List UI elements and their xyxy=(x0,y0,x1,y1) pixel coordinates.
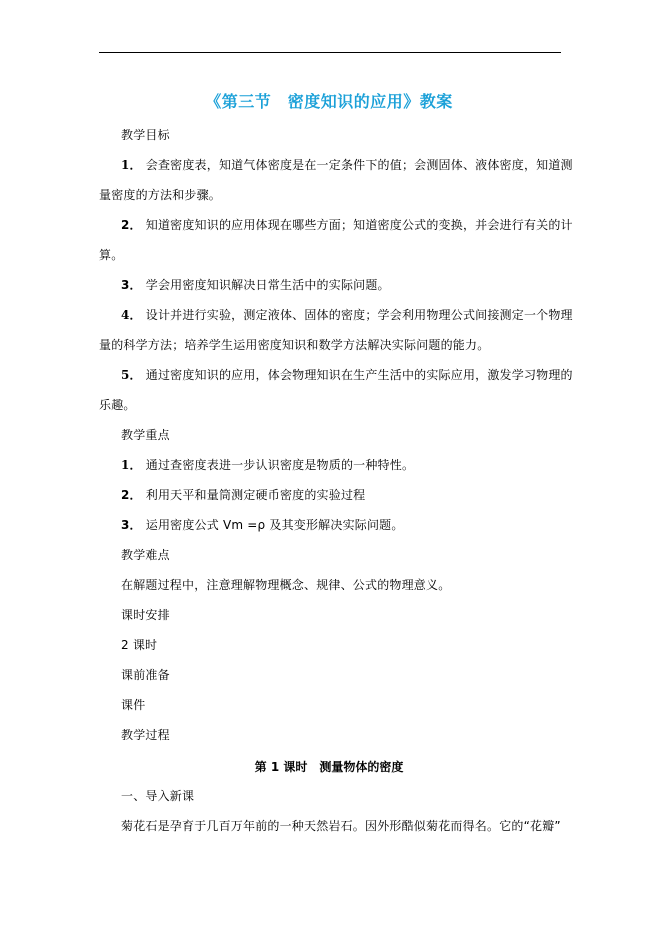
item-text: 通过查密度表进一步认识密度是物质的一种特性。 xyxy=(146,458,414,472)
item-number: 1． xyxy=(121,158,142,172)
item-number: 3． xyxy=(121,518,142,532)
item-number: 3． xyxy=(121,278,142,292)
intro-text: 菊花石是孕育于几百万年前的一种天然岩石。因外形酷似菊花而得名。它的“花瓣” xyxy=(121,818,561,834)
key-point-item-2: 2．利用天平和量筒测定硬币密度的实验过程 xyxy=(121,487,365,503)
preparation-text: 课件 xyxy=(121,697,145,713)
section-heading-process: 教学过程 xyxy=(121,727,170,743)
key-point-item-1: 1．通过查密度表进一步认识密度是物质的一种特性。 xyxy=(121,457,414,473)
item-text: 学会用密度知识解决日常生活中的实际问题。 xyxy=(146,278,390,292)
objective-item-2-cont: 算。 xyxy=(99,247,123,263)
section-heading-objectives: 教学目标 xyxy=(121,127,170,143)
lesson-heading: 第 1 课时 测量物体的密度 xyxy=(0,758,658,775)
item-number: 2． xyxy=(121,218,142,232)
section-heading-difficulties: 教学难点 xyxy=(121,547,170,563)
objective-item-1-cont: 量密度的方法和步骤。 xyxy=(99,187,221,203)
objective-item-4: 4．设计并进行实验，测定液体、固体的密度；学会利用物理公式间接测定一个物理 xyxy=(121,307,573,323)
item-text: 通过密度知识的应用，体会物理知识在生产生活中的实际应用，激发学习物理的 xyxy=(146,368,573,382)
item-number: 5． xyxy=(121,368,142,382)
item-text: 会查密度表，知道气体密度是在一定条件下的值；会测固体、液体密度，知道测 xyxy=(146,158,573,172)
item-number: 2． xyxy=(121,488,142,502)
item-text: 利用天平和量筒测定硬币密度的实验过程 xyxy=(146,488,366,502)
objective-item-5: 5．通过密度知识的应用，体会物理知识在生产生活中的实际应用，激发学习物理的 xyxy=(121,367,573,383)
item-number: 4． xyxy=(121,308,142,322)
section-heading-preparation: 课前准备 xyxy=(121,667,170,683)
item-text: 知道密度知识的应用体现在哪些方面；知道密度公式的变换，并会进行有关的计 xyxy=(146,218,573,232)
header-rule xyxy=(99,52,561,53)
objective-item-1: 1．会查密度表，知道气体密度是在一定条件下的值；会测固体、液体密度，知道测 xyxy=(121,157,573,173)
objective-item-5-cont: 乐趣。 xyxy=(99,397,136,413)
key-point-item-3: 3．运用密度公式 Vm =ρ 及其变形解决实际问题。 xyxy=(121,517,404,533)
intro-heading: 一、导入新课 xyxy=(121,788,194,804)
difficulties-text: 在解题过程中，注意理解物理概念、规律、公式的物理意义。 xyxy=(121,577,450,593)
objective-item-4-cont: 量的科学方法；培养学生运用密度知识和数学方法解决实际问题的能力。 xyxy=(99,337,489,353)
section-heading-key-points: 教学重点 xyxy=(121,427,170,443)
objective-item-2: 2．知道密度知识的应用体现在哪些方面；知道密度公式的变换，并会进行有关的计 xyxy=(121,217,573,233)
item-text: 运用密度公式 Vm =ρ 及其变形解决实际问题。 xyxy=(146,518,404,532)
item-text: 设计并进行实验，测定液体、固体的密度；学会利用物理公式间接测定一个物理 xyxy=(146,308,573,322)
objective-item-3: 3．学会用密度知识解决日常生活中的实际问题。 xyxy=(121,277,390,293)
schedule-text: 2 课时 xyxy=(121,637,157,653)
section-heading-schedule: 课时安排 xyxy=(121,607,170,623)
document-title: 《第三节 密度知识的应用》教案 xyxy=(0,89,658,112)
item-number: 1． xyxy=(121,458,142,472)
